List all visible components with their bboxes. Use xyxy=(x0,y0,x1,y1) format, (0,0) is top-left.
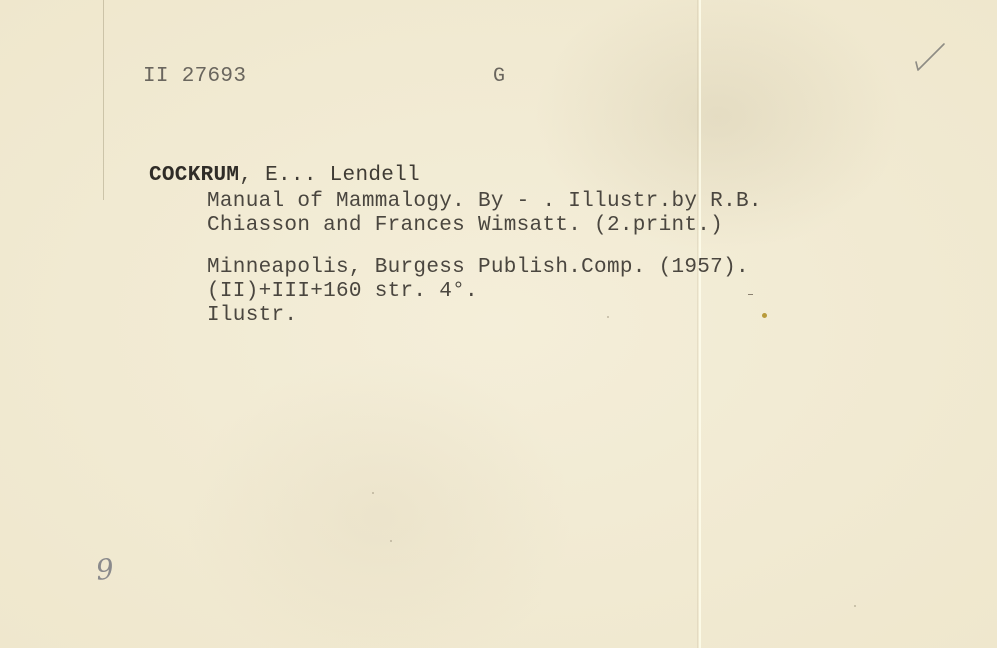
imprint-line: Minneapolis, Burgess Publish.Comp. (1957… xyxy=(207,256,749,280)
paper-speck xyxy=(390,540,392,542)
margin-rule xyxy=(103,0,104,200)
crease-shadow xyxy=(697,0,698,648)
pencil-note: 9 xyxy=(94,552,115,587)
author-heading: COCKRUM, E... Lendell xyxy=(149,164,420,188)
location-mark: G xyxy=(493,65,505,89)
ink-dot xyxy=(762,313,767,318)
checkmark-icon xyxy=(910,40,950,74)
title-line: Chiasson and Frances Wimsatt. (2.print.) xyxy=(207,214,723,238)
ink-mark xyxy=(748,294,753,295)
collation-line: (II)+III+160 str. 4°. xyxy=(207,280,478,304)
catalog-card: II 27693 G COCKRUM, E... Lendell Manual … xyxy=(0,0,997,648)
paper-speck xyxy=(607,316,609,318)
title-line: Manual of Mammalogy. By - . Illustr.by R… xyxy=(207,190,762,214)
shelf-mark: II 27693 xyxy=(143,65,246,89)
author-forenames: , E... Lendell xyxy=(239,164,420,187)
paper-speck xyxy=(372,492,374,494)
paper-speck xyxy=(854,605,856,607)
author-surname: COCKRUM xyxy=(149,164,239,187)
paper-crease xyxy=(699,0,701,648)
illustration-note: Ilustr. xyxy=(207,304,297,328)
